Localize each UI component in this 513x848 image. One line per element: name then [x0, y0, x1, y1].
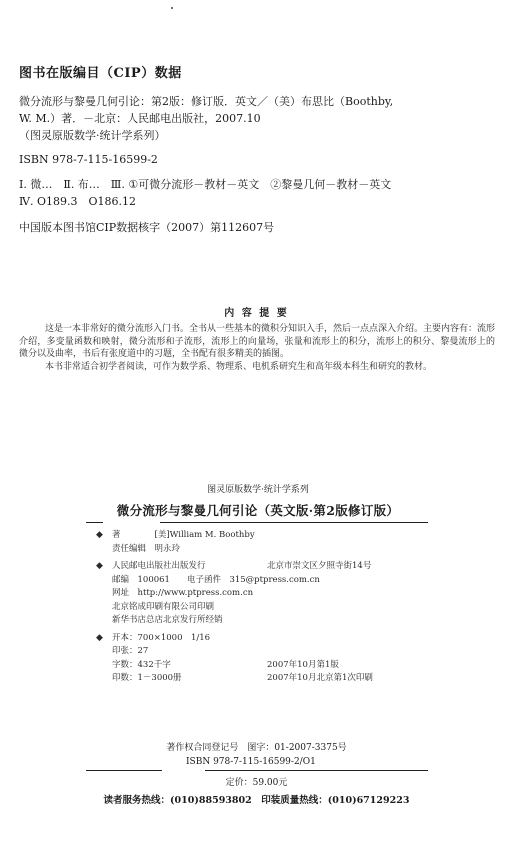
sheets-line: 印张：27	[112, 645, 426, 659]
cip-record-line: W. M.）著．－北京：人民邮电出版社，2007.10	[19, 110, 499, 127]
publisher-entry: ◆ 人民邮电出版社出版发行 北京市崇文区夕照寺街14号 邮编 100061 电子…	[96, 560, 426, 628]
author-line: 著 [美]William M. Boothby	[112, 529, 426, 543]
publisher-line: 人民邮电出版社出版发行 北京市崇文区夕照寺街14号	[112, 560, 426, 574]
copyright-license: 著作权合同登记号 图字：01-2007-3375号	[0, 740, 513, 753]
postal-email-line: 邮编 100061 电子函件 315@ptpress.com.cn	[112, 574, 426, 588]
cip-record: 微分流形与黎曼几何引论：第2版：修订版．英文／（美）布思比（Boothby, W…	[19, 93, 499, 144]
edition-date: 2007年10月第1版	[267, 659, 339, 673]
summary-section: 这是一本非常好的微分流形入门书。全书从一些基本的微积分知识入手，然后一点点深入介…	[19, 323, 495, 373]
printrun-line: 印数：1－3000册 2007年10月北京第1次印刷	[112, 672, 426, 686]
cip-number: 中国版本图书馆CIP数据核字（2007）第112607号	[19, 219, 499, 236]
cip-heading: 图书在版编目（CIP）数据	[19, 62, 499, 81]
bullet-icon: ◆	[96, 529, 103, 543]
price: 定价：59.00元	[0, 775, 513, 788]
colophon-header: 图灵原版数学·统计学系列 微分流形与黎曼几何引论（英文版·第2版修订版）	[88, 482, 428, 519]
distributor-line: 新华书店总店北京发行所经销	[112, 614, 426, 628]
format-line: 开本：700×1000 1/16	[112, 632, 426, 646]
bullet-icon: ◆	[96, 632, 103, 646]
specs-entry: ◆ 开本：700×1000 1/16 印张：27 字数：432千字 2007年1…	[96, 632, 426, 686]
website-line: 网址 http://www.ptpress.com.cn	[112, 587, 426, 601]
word-count: 字数：432千字	[112, 660, 171, 670]
summary-paragraph: 这是一本非常好的微分流形入门书。全书从一些基本的微积分知识入手，然后一点点深入介…	[19, 323, 495, 361]
isbn-rule-left	[86, 770, 162, 771]
cip-classification: Ⅰ. 微… Ⅱ. 布… Ⅲ. ①可微分流形－教材－英文 ②黎曼几何－教材－英文 …	[19, 176, 499, 210]
wordcount-line: 字数：432千字 2007年10月第1版	[112, 659, 426, 673]
publication-details: ◆ 著 [美]William M. Boothby 责任编辑 明永玲 ◆ 人民邮…	[96, 529, 426, 686]
isbn-footer: ISBN 978-7-115-16599-2/O1	[186, 757, 316, 767]
summary-paragraph: 本书非常适合初学者阅读，可作为数学系、物理系、电机系研究生和高年级本科生和研究的…	[19, 361, 495, 374]
title-rule-left	[86, 522, 103, 523]
isbn-rule-right	[205, 770, 428, 771]
series-name: 图灵原版数学·统计学系列	[88, 482, 428, 495]
classification-line: Ⅳ. O189.3 O186.12	[19, 193, 499, 210]
cip-record-line: 微分流形与黎曼几何引论：第2版：修订版．英文／（美）布思比（Boothby,	[19, 93, 499, 110]
cip-record-line: （图灵原版数学·统计学系列）	[19, 127, 499, 144]
book-title: 微分流形与黎曼几何引论（英文版·第2版修订版）	[88, 501, 428, 519]
bullet-icon: ◆	[96, 560, 103, 574]
author-entry: ◆ 著 [美]William M. Boothby 责任编辑 明永玲	[96, 529, 426, 556]
page-speck	[171, 7, 173, 9]
printing-date: 2007年10月北京第1次印刷	[267, 672, 373, 686]
editor-line: 责任编辑 明永玲	[112, 543, 426, 557]
summary-heading: 内 容 提 要	[0, 304, 513, 319]
classification-line: Ⅰ. 微… Ⅱ. 布… Ⅲ. ①可微分流形－教材－英文 ②黎曼几何－教材－英文	[19, 176, 499, 193]
publisher-name: 人民邮电出版社出版发行	[112, 561, 206, 571]
service-hotlines: 读者服务热线：(010)88593802 印装质量热线：(010)6712922…	[0, 792, 513, 806]
printer-line: 北京铭成印刷有限公司印刷	[112, 601, 426, 615]
cip-isbn: ISBN 978-7-115-16599-2	[19, 153, 499, 166]
cip-data-section: 图书在版编目（CIP）数据 微分流形与黎曼几何引论：第2版：修订版．英文／（美）…	[19, 62, 499, 236]
print-run: 印数：1－3000册	[112, 673, 182, 683]
title-rule-main	[160, 522, 428, 523]
publisher-address: 北京市崇文区夕照寺街14号	[267, 560, 371, 574]
